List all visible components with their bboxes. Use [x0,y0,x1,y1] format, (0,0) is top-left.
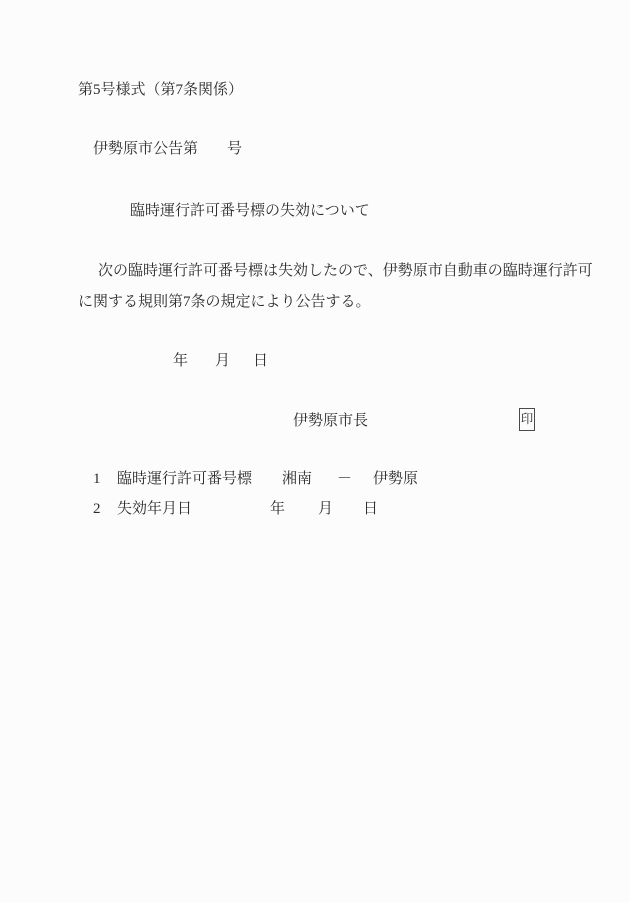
plate-city-value: 伊勢原 [373,471,418,487]
item-label: 失効年月日 [117,501,192,517]
notice-number-prefix: 伊勢原市公告第 [93,141,198,157]
document-title: 臨時運行許可番号標の失効について [130,203,370,219]
notice-number-unit: 号 [227,141,242,157]
seal-box: 印 [519,408,535,431]
item-number: 2 [93,501,101,517]
expiry-month-label: 月 [318,501,333,517]
form-number-line: 第5号様式（第7条関係） [78,82,243,98]
mayor-title: 伊勢原市長 [293,413,368,429]
item-label: 臨時運行許可番号標 [117,471,252,487]
expiry-year-label: 年 [270,501,285,517]
month-label: 月 [215,353,230,369]
day-label: 日 [253,353,268,369]
body-paragraph-line-2: に関する規則第7条の規定により公告する。 [78,294,371,310]
announcement-document: 第5号様式（第7条関係） 伊勢原市公告第 号 臨時運行許可番号標の失効について … [0,0,630,903]
body-paragraph-line-1: 次の臨時運行許可番号標は失効したので、伊勢原市自動車の臨時運行許可 [98,263,593,279]
plate-dash: － [337,471,352,487]
plate-region-value: 湘南 [282,471,312,487]
expiry-day-label: 日 [363,501,378,517]
seal-label: 印 [521,413,534,426]
item-number: 1 [93,471,101,487]
year-label: 年 [173,353,188,369]
